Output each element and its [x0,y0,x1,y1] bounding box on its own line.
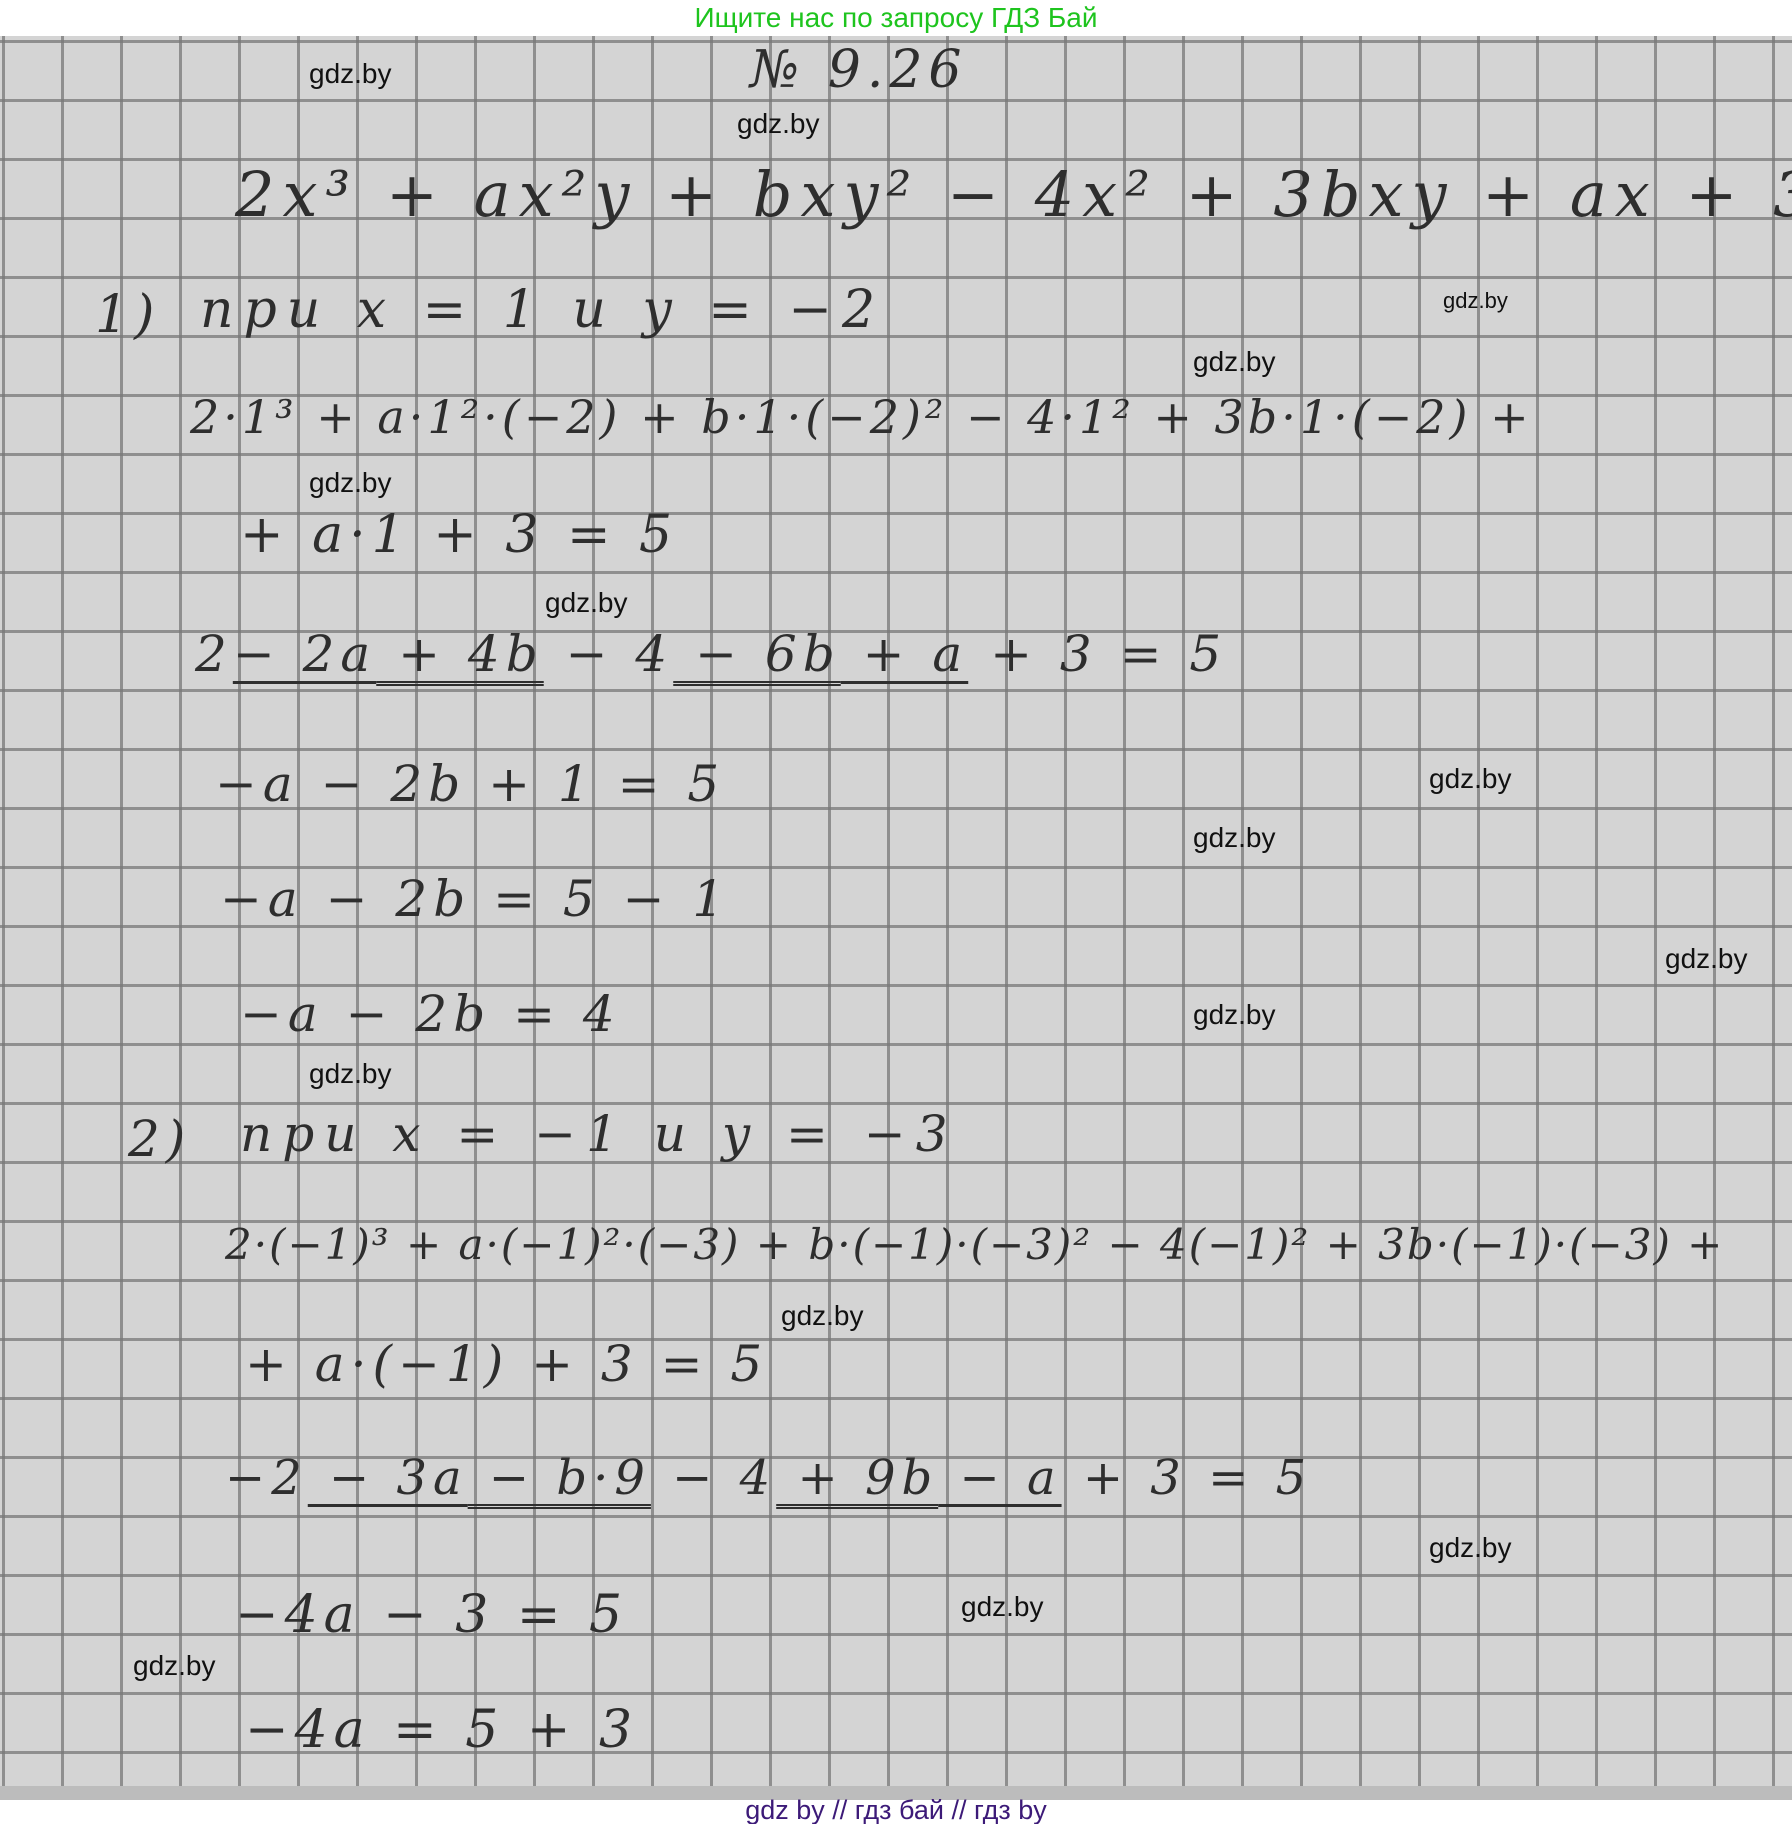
term-underlined: − 2a [233,625,376,683]
watermark: gdz.by [781,1300,864,1332]
term-double-underlined: − b·9 [468,1450,651,1506]
part1-step-1: −a − 2b + 1 = 5 [215,755,725,813]
watermark: gdz.by [737,108,820,140]
part2-condition: при x = −1 и y = −3 [240,1105,958,1163]
site-banner: gdz by // гдз бай // гдз by [0,1800,1792,1824]
watermark: gdz.by [133,1650,216,1682]
part1-step-3: −a − 2b = 4 [240,985,621,1043]
watermark: gdz.by [961,1591,1044,1623]
part2-substitution-line1: 2·(−1)³ + a·(−1)²·(−3) + b·(−1)·(−3)² − … [225,1220,1724,1269]
term: − 4 [651,1450,776,1506]
part2-label: 2) [128,1110,191,1168]
search-banner: Ищите нас по запросу ГДЗ Бай [0,0,1792,36]
term: −2 [225,1450,308,1506]
part2-substitution-line2: + a·(−1) + 3 = 5 [245,1335,768,1393]
part1-substitution-line1: 2·1³ + a·1²·(−2) + b·1·(−2)² − 4·1² + 3b… [190,390,1533,444]
watermark: gdz.by [1429,763,1512,795]
term: = 5 [1098,625,1228,683]
part1-expanded: 2− 2a + 4b − 4 − 6b + a + 3 = 5 [195,625,1227,683]
term-double-underlined: + 9b [776,1450,938,1506]
term-double-underlined: − 6b [673,625,841,683]
part2-step-1: −4a − 3 = 5 [235,1585,628,1645]
part2-expanded: −2 − 3a − b·9 − 4 + 9b − a + 3 = 5 [225,1450,1312,1506]
watermark: gdz.by [309,467,392,499]
term: + 3 [968,625,1098,683]
watermark: gdz.by [309,1058,392,1090]
part2-step-2: −4a = 5 + 3 [245,1700,638,1760]
watermark: gdz.by [309,58,392,90]
watermark: gdz.by [1665,943,1748,975]
term: = 5 [1187,1450,1312,1506]
watermark: gdz.by [1193,346,1276,378]
term-double-underlined: + 4b [376,625,544,683]
watermark: gdz.by [1193,822,1276,854]
term-underlined: + a [841,625,969,683]
term-underlined: − 3a [308,1450,468,1506]
part1-label: 1) [95,285,160,345]
watermark: gdz.by [1443,288,1508,314]
part1-substitution-line2: + a·1 + 3 = 5 [240,505,678,565]
part1-step-2: −a − 2b = 5 − 1 [220,870,730,928]
term: − 4 [544,625,674,683]
term: 2 [195,625,233,683]
watermark: gdz.by [1429,1532,1512,1564]
watermark: gdz.by [545,587,628,619]
problem-number: № 9.26 [750,40,968,100]
expression: 2x³ + ax²y + bxy² − 4x² + 3bxy + ax + 3 [235,158,1792,231]
term: + 3 [1062,1450,1187,1506]
watermark: gdz.by [1193,999,1276,1031]
term-underlined: − a [938,1450,1061,1506]
part1-condition: при x = 1 и y = −2 [200,280,885,340]
